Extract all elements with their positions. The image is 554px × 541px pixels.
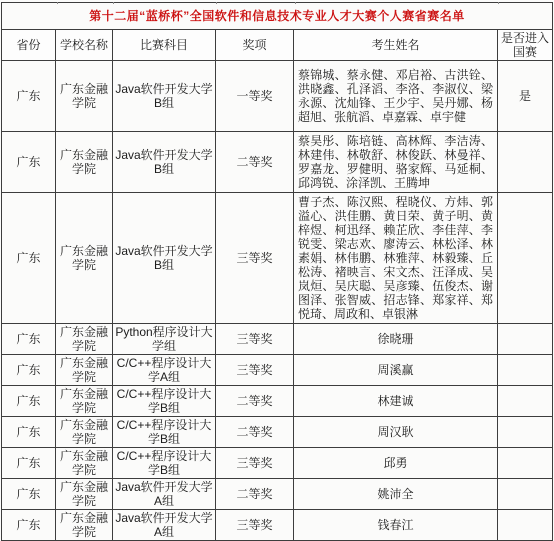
cell-province: 广东 bbox=[2, 61, 56, 132]
cell-award: 三等奖 bbox=[216, 324, 294, 355]
cell-award: 三等奖 bbox=[216, 448, 294, 479]
scan-artifact-line bbox=[113, 2, 114, 4]
results-table: 第十二届“蓝桥杯”全国软件和信息技术专业人才大赛个人赛省赛名单 省份 学校名称 … bbox=[1, 2, 553, 504]
column-header-national: 是否进入国赛 bbox=[498, 30, 553, 61]
cell-school: 广东金融学院 bbox=[56, 355, 113, 386]
cell-school: 广东金融学院 bbox=[56, 448, 113, 479]
cell-names: 曹子杰、陈汉熙、程晓仪、方炜、郭溢心、洪佳鹏、黄日荣、黄子明、黄梓煜、柯迅绎、赖… bbox=[294, 193, 498, 324]
cell-school: 广东金融学院 bbox=[56, 386, 113, 417]
cell-subject: C/C++程序设计大学B组 bbox=[113, 417, 216, 448]
cell-names: 蔡锦城、蔡永健、邓启裕、古洪铨、洪晓鑫、孔泽滔、李洛、李淑仪、梁永源、沈灿锋、王… bbox=[294, 61, 498, 132]
page-title: 第十二届“蓝桥杯”全国软件和信息技术专业人才大赛个人赛省赛名单 bbox=[2, 3, 553, 30]
scan-artifact-line bbox=[57, 2, 58, 4]
cell-school: 广东金融学院 bbox=[56, 324, 113, 355]
cell-province: 广东 bbox=[2, 324, 56, 355]
table-row: 广东 广东金融学院 C/C++程序设计大学B组 二等奖 林建诚 bbox=[2, 386, 553, 417]
cell-national bbox=[498, 448, 553, 479]
cell-province: 广东 bbox=[2, 193, 56, 324]
cell-subject: Java软件开发大学B组 bbox=[113, 132, 216, 193]
column-header-school: 学校名称 bbox=[56, 30, 113, 61]
scan-artifact-line bbox=[295, 2, 296, 4]
cell-award: 二等奖 bbox=[216, 479, 294, 505]
cell-school: 广东金融学院 bbox=[56, 417, 113, 448]
cell-subject: Java软件开发大学B组 bbox=[113, 193, 216, 324]
cell-national bbox=[498, 355, 553, 386]
column-header-names: 考生姓名 bbox=[294, 30, 498, 61]
cell-names: 周汉耿 bbox=[294, 417, 498, 448]
cell-school: 广东金融学院 bbox=[56, 61, 113, 132]
cell-names: 蔡昊彤、陈培链、高林辉、李洁涛、林建伟、林敬舒、林俊跃、林曼祥、罗嘉龙、罗健明、… bbox=[294, 132, 498, 193]
column-header-province: 省份 bbox=[2, 30, 56, 61]
table-row: 广东 广东金融学院 Java软件开发大学B组 三等奖 曹子杰、陈汉熙、程晓仪、方… bbox=[2, 193, 553, 324]
cell-province: 广东 bbox=[2, 448, 56, 479]
cell-subject: Java软件开发大学A组 bbox=[113, 479, 216, 505]
cell-province: 广东 bbox=[2, 479, 56, 505]
cell-national bbox=[498, 132, 553, 193]
cell-subject: Java软件开发大学B组 bbox=[113, 61, 216, 132]
cell-subject: C/C++程序设计大学B组 bbox=[113, 386, 216, 417]
cell-national: 是 bbox=[498, 61, 553, 132]
cell-names: 徐晓珊 bbox=[294, 324, 498, 355]
cell-national bbox=[498, 386, 553, 417]
cell-school: 广东金融学院 bbox=[56, 132, 113, 193]
cell-national bbox=[498, 193, 553, 324]
cell-province: 广东 bbox=[2, 386, 56, 417]
title-row: 第十二届“蓝桥杯”全国软件和信息技术专业人才大赛个人赛省赛名单 bbox=[2, 3, 553, 30]
table-row: 广东 广东金融学院 Python程序设计大学组 三等奖 徐晓珊 bbox=[2, 324, 553, 355]
table-row: 广东 广东金融学院 C/C++程序设计大学B组 三等奖 邱勇 bbox=[2, 448, 553, 479]
cell-subject: C/C++程序设计大学B组 bbox=[113, 448, 216, 479]
cell-names: 邱勇 bbox=[294, 448, 498, 479]
column-header-award: 奖项 bbox=[216, 30, 294, 61]
cell-national bbox=[498, 324, 553, 355]
cell-school: 广东金融学院 bbox=[56, 193, 113, 324]
cell-names: 姚沛全 bbox=[294, 479, 498, 505]
scan-artifact-line bbox=[498, 2, 499, 4]
cell-award: 二等奖 bbox=[216, 386, 294, 417]
table-row: 广东 广东金融学院 Java软件开发大学B组 一等奖 蔡锦城、蔡永健、邓启裕、古… bbox=[2, 61, 553, 132]
table-row: 广东 广东金融学院 C/C++程序设计大学B组 二等奖 周汉耿 bbox=[2, 417, 553, 448]
cell-award: 一等奖 bbox=[216, 61, 294, 132]
results-table-body: 广东 广东金融学院 Java软件开发大学B组 一等奖 蔡锦城、蔡永健、邓启裕、古… bbox=[2, 61, 553, 505]
cell-names: 周溪赢 bbox=[294, 355, 498, 386]
cell-province: 广东 bbox=[2, 355, 56, 386]
table-row: 广东 广东金融学院 C/C++程序设计大学A组 三等奖 周溪赢 bbox=[2, 355, 553, 386]
table-row: 广东 广东金融学院 Java软件开发大学B组 二等奖 蔡昊彤、陈培链、高林辉、李… bbox=[2, 132, 553, 193]
cell-award: 三等奖 bbox=[216, 193, 294, 324]
column-header-subject: 比赛科目 bbox=[113, 30, 216, 61]
cell-province: 广东 bbox=[2, 132, 56, 193]
cell-award: 二等奖 bbox=[216, 132, 294, 193]
scanned-award-list: 第十二届“蓝桥杯”全国软件和信息技术专业人才大赛个人赛省赛名单 省份 学校名称 … bbox=[1, 2, 552, 504]
cell-names: 林建诚 bbox=[294, 386, 498, 417]
cell-national bbox=[498, 417, 553, 448]
table-row: 广东 广东金融学院 Java软件开发大学A组 二等奖 姚沛全 bbox=[2, 479, 553, 505]
header-row: 省份 学校名称 比赛科目 奖项 考生姓名 是否进入国赛 bbox=[2, 30, 553, 61]
cell-subject: Python程序设计大学组 bbox=[113, 324, 216, 355]
cell-national bbox=[498, 479, 553, 505]
cell-subject: C/C++程序设计大学A组 bbox=[113, 355, 216, 386]
cell-award: 三等奖 bbox=[216, 355, 294, 386]
cell-school: 广东金融学院 bbox=[56, 479, 113, 505]
cell-award: 二等奖 bbox=[216, 417, 294, 448]
cell-province: 广东 bbox=[2, 417, 56, 448]
scan-artifact-line bbox=[216, 2, 217, 4]
